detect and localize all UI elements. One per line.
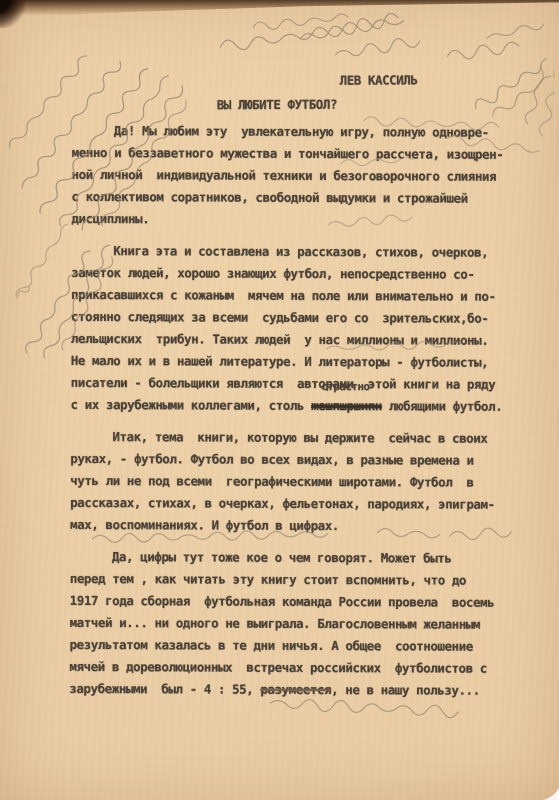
typed-line: зарубежными был - 4 : 55, разумеется, не…	[69, 678, 514, 702]
handwritten-annotation	[525, 58, 546, 123]
typed-line: менно и беззаветного мужества и тончайше…	[72, 142, 517, 166]
typed-line: стоянно следящих за всеми судьбами его с…	[71, 306, 516, 330]
typed-text: зарубежными был - 4 : 55,	[69, 681, 260, 697]
handwritten-annotation	[335, 39, 419, 56]
typed-line: ной личной индивидуальной техники и безо…	[71, 164, 516, 188]
typed-line: перед тем , как читать эту книгу стоит в…	[70, 568, 515, 592]
paragraph: Да! Мы любим эту увлекательную игру, пол…	[71, 120, 516, 232]
typed-line: мячей в дореволюционных встречах российс…	[69, 656, 514, 680]
handwritten-annotation	[18, 287, 29, 296]
typed-line: результатом казалась в те дни ничья. А о…	[69, 634, 514, 658]
page-corner-shadow	[0, 0, 25, 28]
handwritten-annotation	[270, 699, 458, 719]
handwritten-annotation	[16, 224, 68, 298]
typed-line: рассказах, стихах, в очерках, фельетонах…	[70, 492, 515, 516]
typed-line: Не мало их и в нашей литературе. И литер…	[71, 350, 516, 374]
typed-line: руках, - футбол. Футбол во всех видах, в…	[70, 448, 515, 472]
typed-line: Книга эта и составлена из рассказов, сти…	[71, 240, 516, 264]
typewritten-text: Да! Мы любим эту увлекательную игру, пол…	[69, 120, 517, 702]
typed-line: чуть ли не под всеми географическими шир…	[70, 470, 515, 494]
page-title: ВЫ ЛЮБИТЕ ФУТБОЛ?	[217, 97, 337, 113]
handwritten-annotation	[447, 42, 518, 59]
typed-line: матчей и... ни одного не выиграла. Благо…	[70, 612, 515, 636]
handwritten-annotation	[300, 13, 398, 38]
handwritten-annotation	[220, 20, 403, 50]
typed-text: , не в нашу пользу...	[331, 682, 480, 698]
author-name: ЛЕВ КАССИЛЬ	[340, 72, 418, 87]
handwritten-annotation	[539, 66, 558, 136]
handwritten-annotation	[475, 65, 541, 108]
typed-text: любящими футбол.	[382, 398, 502, 414]
typed-line: дисциплины.	[71, 208, 516, 232]
typed-line: Да, цифры тут тоже кое о чем говорят. Мо…	[70, 546, 515, 570]
typed-text: с их зарубежными коллегами, столь	[71, 397, 312, 413]
typed-line: заметок людей, хорошо знающих футбол, не…	[71, 262, 516, 286]
page-top-edge-shadow	[0, 0, 559, 20]
paragraph: Да, цифры тут тоже кое о чем говорят. Мо…	[69, 546, 515, 702]
handwritten-annotation	[493, 77, 551, 116]
paper-sheet: ЛЕВ КАССИЛЬ ВЫ ЛЮБИТЕ ФУТБОЛ? Да! Мы люб…	[0, 0, 559, 800]
paragraph: Книга эта и составлена из рассказов, сти…	[70, 240, 516, 418]
typed-line: с коллективом соратников, свободной выду…	[71, 186, 516, 210]
scanned-document-page: ЛЕВ КАССИЛЬ ВЫ ЛЮБИТЕ ФУТБОЛ? Да! Мы люб…	[0, 0, 559, 800]
typed-line: писатели - болельщики являются авторами …	[71, 372, 516, 396]
typed-insertion: страстно	[321, 381, 369, 392]
typed-line: лельщиских трибун. Таких людей у нас мил…	[71, 328, 516, 352]
typed-line: с их зарубежными коллегами, столь жешпшр…	[70, 394, 515, 418]
paragraph: Итак, тема книги, которую вы держите сей…	[70, 426, 515, 538]
typed-line: мах, воспоминаниях. И футбол в цифрах.	[70, 514, 515, 538]
typed-line: Да! Мы любим эту увлекательную игру, пол…	[72, 120, 517, 144]
pencil-struck-word: разумеется	[260, 682, 331, 697]
typed-line: 1917 года сборная футбольная команда Рос…	[70, 590, 515, 614]
handwritten-annotation	[487, 24, 543, 38]
handwritten-annotation	[253, 14, 348, 29]
typed-line: прикасавшихся с кожаным мячем на поле ил…	[71, 284, 516, 308]
struck-out-word: жешпшршипн	[311, 398, 382, 413]
typed-line: Итак, тема книги, которую вы держите сей…	[70, 426, 515, 450]
correction-group: жешпшршипнстрастно	[311, 395, 382, 417]
